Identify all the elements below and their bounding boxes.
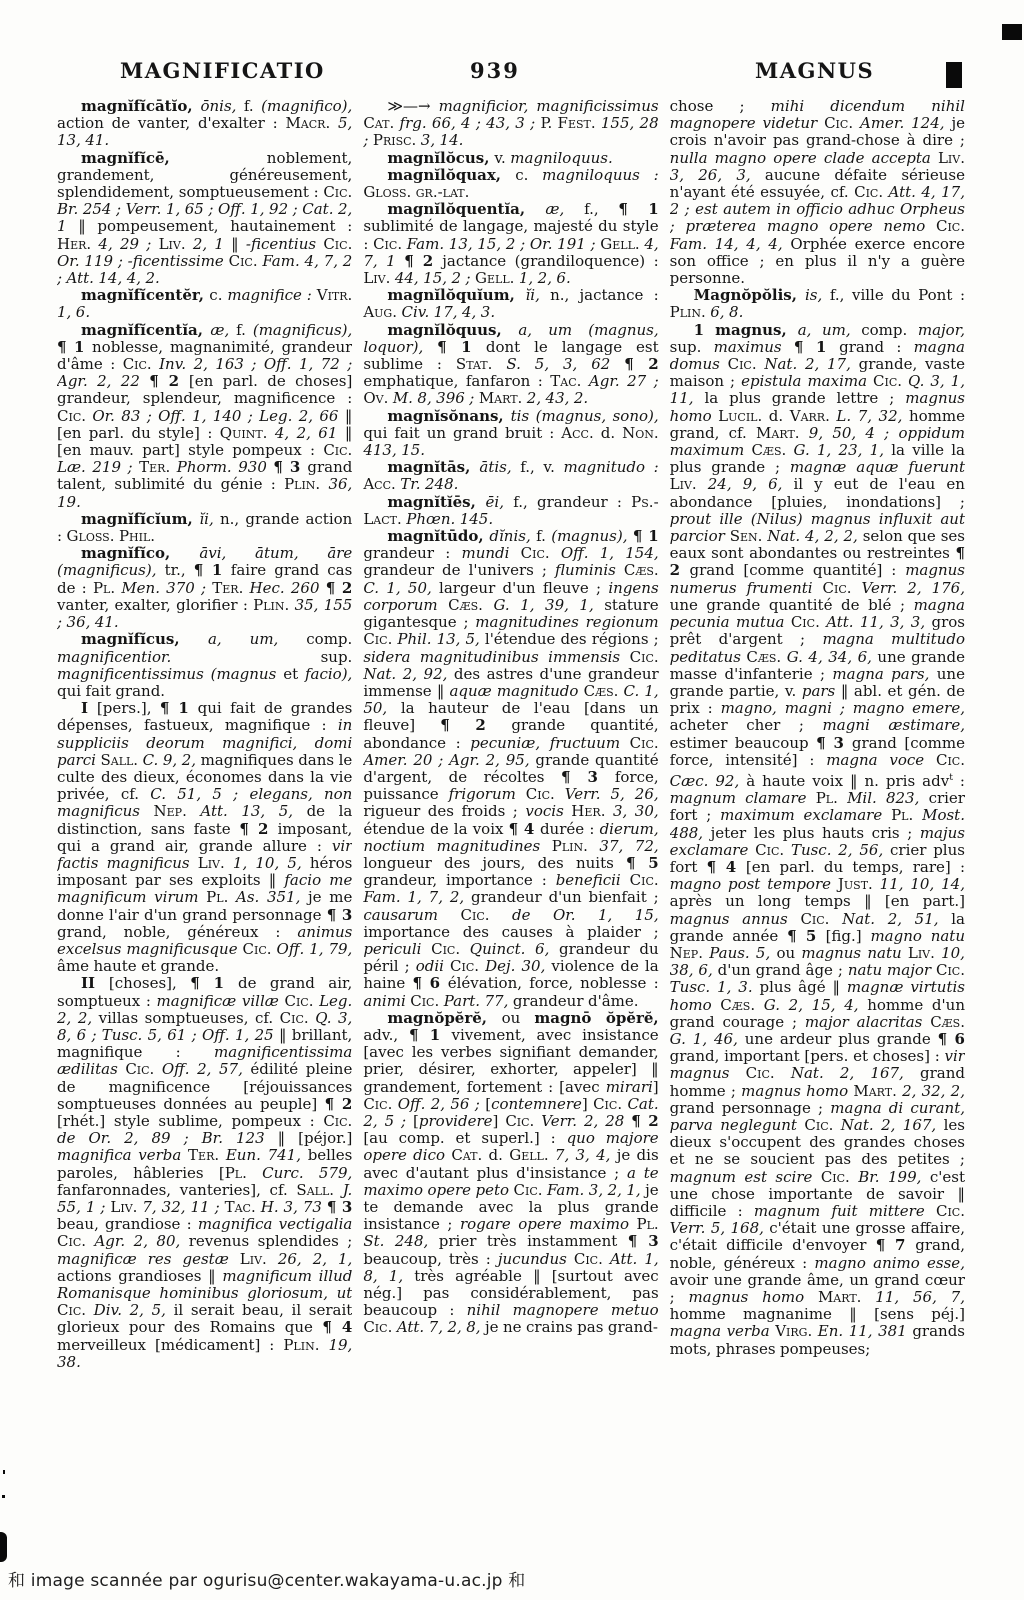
dictionary-column-1: magnĭfĭcātĭo, ōnis, f. (magnifico), acti…	[57, 98, 352, 1563]
text-segment: magnifica vectigalia	[198, 1215, 352, 1233]
text-segment: Cic.	[410, 992, 443, 1010]
text-segment: Tusc. 2, 56,	[791, 841, 890, 859]
text-segment: G. 1, 23, 1,	[794, 441, 892, 459]
text-segment: ¶ 2	[326, 579, 353, 597]
text-segment: Off. 2, 57,	[162, 1060, 251, 1078]
text-segment: importance des causes à plaider ;	[363, 923, 658, 941]
text-segment: ¶ 3	[561, 768, 615, 786]
text-segment: magnum fuit mittere	[754, 1202, 936, 1220]
text-segment: Cic.	[323, 1112, 352, 1130]
text-segment: Cæc. 92,	[670, 772, 747, 790]
text-segment: Cic.	[824, 114, 860, 132]
text-segment: ¶ 5	[626, 854, 659, 872]
text-segment: ¶ 1	[57, 338, 92, 356]
text-segment: Cic.	[243, 940, 277, 958]
text-segment: Tusc. 1, 3.	[670, 978, 760, 996]
dictionary-entry: magnĭfĭcus, a, um, comp. magnificentior.…	[57, 631, 352, 700]
text-segment: chose ;	[670, 98, 771, 115]
text-segment: Mart.	[853, 1082, 902, 1100]
text-segment: 44, 15, 2 ;	[395, 269, 475, 287]
text-segment: de Or. 1, 15,	[512, 906, 659, 924]
text-segment: je ne crains pas grand-	[485, 1318, 658, 1336]
text-segment: la plus grande lettre ;	[704, 389, 905, 407]
text-segment: ou	[776, 944, 801, 962]
text-segment: Gell.	[600, 235, 644, 253]
text-segment: emphatique, fanfaron :	[363, 372, 550, 390]
text-segment: Cic.	[526, 785, 565, 803]
text-segment: 413, 15.	[363, 441, 425, 459]
text-segment: Plin.	[283, 1336, 328, 1354]
text-segment: ¶ 2	[239, 820, 277, 838]
text-segment: fanfaronnades, vanteries], cf.	[57, 1181, 296, 1199]
text-segment: ¶ 3	[327, 1198, 352, 1216]
text-segment: 2, 1	[193, 235, 231, 253]
text-segment: Off. 1, 79,	[277, 940, 353, 958]
text-segment: Fest.	[558, 114, 601, 132]
text-segment: Verr. 5, 168,	[670, 1219, 770, 1237]
text-segment: Phœn. 145.	[406, 510, 493, 528]
text-segment: Amer. 20 ; Agr. 2, 95,	[363, 751, 535, 769]
text-segment: n., jactance :	[550, 286, 659, 304]
dictionary-entry: I [pers.], ¶ 1 qui fait de grandes dépen…	[57, 700, 352, 975]
text-segment: Cic.	[630, 648, 659, 666]
text-segment: à haute voix ‖ n. pris adv	[746, 772, 949, 790]
text-segment: magnĭfĭco,	[81, 544, 199, 562]
text-segment: f.	[244, 98, 261, 115]
text-segment: G. 1, 46,	[670, 1030, 745, 1048]
text-segment: 2, 43, 2.	[527, 389, 588, 407]
text-segment: Cic.	[514, 1181, 547, 1199]
text-segment: causarum	[363, 906, 460, 924]
text-segment: Nat. 2, 17,	[764, 355, 858, 373]
text-segment: Cic.	[800, 910, 842, 928]
dictionary-entry: magnĭfĭcātĭo, ōnis, f. (magnifico), acti…	[57, 98, 352, 150]
text-segment: Cic.	[450, 957, 485, 975]
text-segment: 11, 10, 14,	[880, 875, 965, 893]
text-segment: Nat. 2, 92,	[363, 665, 454, 683]
text-segment: Cic.	[323, 183, 352, 201]
text-segment: grand personnage ;	[670, 1099, 831, 1117]
text-segment: ¶ 2	[624, 355, 658, 373]
dictionary-entry: magnŏpĕrĕ, ou magnō ŏpĕrĕ, adv., ¶ 1 viv…	[363, 1010, 658, 1337]
text-segment: Cic.	[746, 1064, 791, 1082]
dictionary-entry: magnĭfĭcĭum, ĭi, n., grande action : Glo…	[57, 511, 352, 545]
text-segment: Cic.	[574, 1250, 610, 1268]
text-segment: Plin.	[284, 475, 328, 493]
text-segment: âme haute et grande.	[57, 957, 219, 975]
text-segment: Pl.	[225, 1164, 262, 1182]
text-segment: largeur d'un fleuve ;	[439, 579, 608, 597]
text-segment: ¶ 1	[794, 338, 839, 356]
text-segment: [choses],	[109, 974, 190, 992]
text-segment: ¶ 1	[194, 561, 231, 579]
text-segment: -ficentius	[246, 235, 323, 253]
text-segment: Off. 2, 56 ;	[398, 1095, 486, 1113]
text-segment: Cic.	[823, 579, 862, 597]
text-segment: beneficii	[556, 871, 630, 889]
scan-page: { "header": { "left": "MAGNIFICATIO", "c…	[0, 0, 1024, 1600]
text-segment: magno, magni ; magno emere,	[721, 699, 965, 717]
text-segment: homme magnanime ‖ [sens péj.]	[670, 1305, 965, 1323]
text-segment: Ov.	[363, 389, 392, 407]
text-segment: 1 magnus,	[694, 321, 798, 339]
text-segment: magnĭlŏquĭum,	[387, 286, 525, 304]
text-segment: Dej. 30,	[485, 957, 551, 975]
text-segment: sidera magnitudinibus immensis	[363, 648, 629, 666]
text-segment: Ter.	[188, 1146, 226, 1164]
text-segment: ¶ 1	[437, 338, 486, 356]
text-segment: Cic.	[936, 1202, 965, 1220]
text-segment: ]	[493, 1112, 506, 1130]
text-segment: après un long temps ‖ [en part.]	[670, 892, 965, 910]
text-segment: mundi	[461, 544, 520, 562]
text-segment: [rhét.] style sublime, pompeux :	[57, 1112, 323, 1130]
text-segment: magnĭlŏcus,	[387, 149, 494, 167]
text-segment: (magnus),	[551, 527, 633, 545]
text-segment: ¶ 5	[787, 927, 825, 945]
running-head-right-keyword: MAGNUS	[755, 58, 874, 83]
text-segment: magnĭlŏquax,	[387, 166, 515, 184]
text-segment: [au comp. et superl.] :	[363, 1129, 566, 1147]
text-segment: Læ. 219 ;	[57, 458, 139, 476]
text-segment: Tac.	[550, 372, 589, 390]
text-segment: magnus natu	[801, 944, 908, 962]
text-segment: f., ville du Pont :	[830, 286, 965, 304]
text-segment: 1, 6.	[57, 303, 90, 321]
text-segment: Lucil.	[718, 407, 769, 425]
text-segment: plus âgé ‖	[760, 978, 847, 996]
text-segment: magnificentior.	[57, 648, 321, 666]
text-segment: Her.	[57, 235, 98, 253]
text-segment: [en parl. du temps, rare] :	[746, 858, 965, 876]
text-segment: magna verba	[670, 1322, 776, 1340]
scan-artifact-blot	[946, 62, 962, 88]
text-segment: 1, 2, 6.	[519, 269, 571, 287]
text-segment: Eun. 741,	[226, 1146, 308, 1164]
text-segment: ≫—→	[387, 98, 438, 115]
text-segment: élévation, force, noblesse :	[448, 974, 659, 992]
text-segment: magnitudo :	[563, 458, 658, 476]
text-segment: Cæs.	[584, 682, 624, 700]
text-segment: 6, 8.	[710, 303, 743, 321]
text-segment: grandeur d'âme.	[513, 992, 639, 1010]
text-segment: Cic.	[125, 1060, 162, 1078]
text-segment: Paus. 5,	[709, 944, 776, 962]
text-segment: Mart.	[479, 389, 527, 407]
text-segment: [pers.],	[97, 699, 160, 717]
text-segment: grand :	[839, 338, 913, 356]
text-segment: ¶ 2	[440, 716, 511, 734]
text-segment: G. 1, 39, 1,	[493, 596, 604, 614]
text-segment: magniloquus :	[542, 166, 659, 184]
text-segment: L. 7, 32,	[836, 407, 909, 425]
text-segment: magnĭtūdo,	[387, 527, 489, 545]
text-segment: Div. 2, 5,	[94, 1301, 174, 1319]
text-segment: Phorm. 930	[177, 458, 274, 476]
dictionary-entry: Magnŏpŏlis, is, f., ville du Pont : Plin…	[670, 287, 965, 321]
text-segment: magnĭtĭēs,	[387, 493, 485, 511]
text-segment: Cic.	[593, 1095, 627, 1113]
text-segment: Liv.	[908, 944, 941, 962]
text-segment: Curc. 579,	[262, 1164, 352, 1182]
text-segment: Cic.	[229, 252, 263, 270]
text-segment: ou	[502, 1009, 535, 1027]
text-segment: 3, 30,	[613, 802, 659, 820]
running-head: MAGNIFICATIO 939 MAGNUS	[0, 58, 1024, 88]
text-segment: Virg.	[775, 1322, 818, 1340]
text-segment: Cic.	[936, 751, 965, 769]
text-segment: f.	[536, 527, 551, 545]
dictionary-entry: II [choses], ¶ 1 de grand air, somptueux…	[57, 975, 352, 1371]
text-segment: animi	[363, 992, 410, 1010]
text-segment: estimer beaucoup	[670, 734, 816, 752]
text-segment: 7, 32, 11 ;	[142, 1198, 224, 1216]
text-segment: c.	[209, 286, 227, 304]
text-segment: Cæs.	[751, 441, 793, 459]
text-segment: comp.	[861, 321, 918, 339]
text-segment: Sall.	[296, 1181, 342, 1199]
text-segment: Verr. 2, 176,	[862, 579, 965, 597]
text-segment: frg. 66, 4 ; 43, 3 ;	[400, 114, 541, 132]
text-segment: magnificæ villæ	[157, 992, 285, 1010]
text-segment: Cic.	[821, 1168, 858, 1186]
text-segment: Att. 13, 5,	[200, 802, 306, 820]
text-segment: ¶ 1	[633, 527, 659, 545]
text-segment: facio),	[305, 665, 352, 683]
dictionary-text-block: magnĭfĭcātĭo, ōnis, f. (magnifico), acti…	[57, 98, 965, 1563]
text-segment: 24, 9, 6,	[708, 475, 794, 493]
text-segment: qui fait grand.	[57, 682, 165, 700]
text-segment: major alacritas	[805, 1013, 930, 1031]
text-segment: Plin.	[253, 596, 294, 614]
text-segment: Nat. 2, 51,	[842, 910, 951, 928]
scan-artifact-speck	[3, 1470, 5, 1474]
text-segment: ¶ 1	[190, 974, 238, 992]
text-segment: magniloquus.	[510, 149, 612, 167]
text-segment: Cæs.	[624, 561, 659, 579]
text-segment: grand, important [pers. et choses] :	[670, 1047, 945, 1065]
text-segment: d.	[769, 407, 790, 425]
text-segment: Mil. 823,	[847, 789, 929, 807]
text-segment: Civ. 17, 4, 3.	[401, 303, 495, 321]
text-segment: Liv.	[198, 854, 233, 872]
text-segment: magnĭtās,	[387, 458, 479, 476]
text-segment: C. 9, 2,	[143, 751, 201, 769]
text-segment: is,	[805, 286, 830, 304]
text-segment: Cic.	[57, 1232, 94, 1250]
text-segment: Nat. 4, 2, 2,	[767, 527, 862, 545]
text-segment: Macr.	[285, 114, 338, 132]
text-segment: jeter les plus hauts cris ;	[711, 824, 920, 842]
text-segment: longueur des jours, des nuits	[363, 854, 626, 872]
text-segment: ¶ 3	[628, 1232, 659, 1250]
dictionary-entry: chose ; mihi dicendum nihil magnopere vi…	[670, 98, 965, 287]
text-segment: d.	[601, 424, 622, 442]
text-segment: Cic.	[873, 372, 908, 390]
text-segment: magnĭfĭcĭum,	[81, 510, 199, 528]
text-segment: Plin.	[552, 837, 600, 855]
text-segment: ¶ 2	[325, 1095, 353, 1113]
text-segment: Liv.	[363, 269, 395, 287]
text-segment: Fam. 14, 4, 4,	[670, 235, 791, 253]
text-segment: magnifice :	[227, 286, 316, 304]
text-segment: Magnŏpŏlis,	[694, 286, 805, 304]
text-segment: Cic.	[373, 235, 407, 253]
text-segment: sup.	[321, 648, 353, 666]
text-segment: ¶ 3	[273, 458, 307, 476]
text-segment: et	[283, 665, 305, 683]
text-segment: beau, grandiose :	[57, 1215, 198, 1233]
text-segment: ēi,	[486, 493, 514, 511]
text-segment: d.	[489, 1146, 510, 1164]
text-segment: magnĭlŏquentĭa,	[387, 200, 545, 218]
text-segment: Or. 119 ; -ficentissime	[57, 252, 229, 270]
text-segment: Verr. 2, 28	[541, 1112, 631, 1130]
text-segment: magnus homo	[741, 1082, 853, 1100]
text-segment: grand [comme quantité] :	[689, 561, 905, 579]
text-segment: æ,	[545, 200, 584, 218]
text-segment: 11, 56, 7,	[875, 1288, 965, 1306]
text-segment: St. 248,	[363, 1232, 438, 1250]
text-segment: 37, 72,	[599, 837, 658, 855]
text-segment: ¶ 4	[707, 858, 746, 876]
text-segment: grandeur d'un bienfait ;	[471, 888, 659, 906]
text-segment: Or. 83 ; Off. 1, 140 ; Leg. 2, 66	[92, 407, 344, 425]
text-segment: Quint.	[220, 424, 275, 442]
text-segment: ¶ 2	[404, 252, 442, 270]
text-segment: ¶ 2	[631, 1112, 658, 1130]
text-segment: magnō ŏpĕrĕ,	[534, 1009, 658, 1027]
text-segment: Sall.	[100, 751, 142, 769]
text-segment: G. 4, 34, 6,	[787, 648, 878, 666]
text-segment: jactance (grandiloquence) :	[442, 252, 658, 270]
text-segment: magnificæ res gestæ	[57, 1250, 240, 1268]
text-segment: Fam. 1, 7, 2,	[363, 888, 471, 906]
text-segment: æ,	[210, 321, 236, 339]
dictionary-entry: magnĭfĭco, āvi, ātum, āre (magnificus), …	[57, 545, 352, 631]
text-segment: Ter.	[139, 458, 177, 476]
dictionary-column-3: chose ; mihi dicendum nihil magnopere vi…	[670, 98, 965, 1563]
text-segment: v.	[494, 149, 510, 167]
dictionary-entry: magnĭfĭcentĕr, c. magnifice : Vitr. 1, 6…	[57, 287, 352, 321]
text-segment: Amer. 124,	[860, 114, 951, 132]
text-segment: magnĭfĭcentĕr,	[81, 286, 209, 304]
text-segment: actions grandioses ‖	[57, 1267, 222, 1285]
text-segment: magnificentissimus (magnus	[57, 665, 283, 683]
text-segment: qui fait un grand bruit :	[363, 424, 561, 442]
text-segment: Mart.	[818, 1288, 875, 1306]
text-segment: 3, 26, 3,	[670, 166, 765, 184]
text-segment: Cat.	[451, 1146, 488, 1164]
text-segment: Hec. 260	[250, 579, 326, 597]
text-segment: Agr. 2, 80,	[94, 1232, 188, 1250]
text-segment: odii	[416, 957, 450, 975]
text-segment: 3, 14.	[421, 131, 464, 149]
text-segment: magnus homo	[689, 1288, 818, 1306]
text-segment: ĭi,	[199, 510, 220, 528]
text-segment: magnitudines regionum	[475, 613, 658, 631]
text-segment: Cæs.	[720, 996, 763, 1014]
text-segment: ¶ 6	[938, 1030, 965, 1048]
text-segment: M. 8, 396 ;	[393, 389, 479, 407]
text-segment: Prisc.	[373, 131, 421, 149]
text-segment: rigueur des froids ;	[363, 802, 525, 820]
text-segment: magna voce	[826, 751, 936, 769]
text-segment: f.	[236, 321, 253, 339]
text-segment: :	[953, 772, 965, 790]
text-segment: Sen.	[730, 527, 768, 545]
text-segment: Mart.	[756, 424, 809, 442]
text-segment: Gell.	[509, 1146, 555, 1164]
text-segment: Liv.	[110, 1198, 142, 1216]
text-segment: Pl.	[636, 1215, 658, 1233]
text-segment: ]	[653, 1078, 659, 1096]
text-segment: Cic.	[323, 441, 352, 459]
text-segment: sup.	[670, 338, 714, 356]
text-segment: Pl.	[891, 806, 922, 824]
text-segment: magnĭfĭcātĭo,	[81, 98, 200, 115]
text-segment: Cic.	[323, 235, 352, 253]
text-segment: nihil magnopere metuo	[467, 1301, 659, 1319]
dictionary-column-2: ≫—→ magnificior, magnificissimus Cat. fr…	[363, 98, 658, 1563]
text-segment: magnĭfĭcentĭa,	[81, 321, 210, 339]
text-segment: 26, 2, 1,	[278, 1250, 353, 1268]
text-segment: ‖ pompeusement, hautainement :	[78, 217, 352, 235]
text-segment: magnifica verba	[57, 1146, 188, 1164]
text-segment: Cic.	[123, 355, 159, 373]
text-segment: acheter cher ;	[670, 716, 823, 734]
text-segment: maximum exclamare	[720, 806, 891, 824]
text-segment: major,	[918, 321, 965, 339]
dictionary-entry: magnĭlŏquĭum, ĭi, n., jactance : Aug. Ci…	[363, 287, 658, 321]
text-segment: magnus annus	[670, 910, 801, 928]
text-segment: de Or. 2, 89 ; Br. 123	[57, 1129, 278, 1147]
dictionary-entry: magnĭfĭcentĭa, æ, f. (magnificus), ¶ 1 n…	[57, 322, 352, 511]
text-segment: durée :	[540, 820, 600, 838]
text-segment: periculi	[363, 940, 431, 958]
text-segment: Part. 77,	[444, 992, 513, 1010]
text-segment: 7, 3, 4,	[555, 1146, 617, 1164]
text-segment: Cic.	[521, 544, 561, 562]
text-segment: villas somptueuses, cf.	[99, 1009, 280, 1027]
text-segment: ]	[582, 1095, 593, 1113]
page-number: 939	[470, 58, 520, 83]
text-segment: l'étendue des régions ;	[485, 630, 659, 648]
text-segment: dĭnis,	[489, 527, 536, 545]
text-segment: c.	[515, 166, 542, 184]
text-segment: magnĭlŏquus,	[387, 321, 518, 339]
text-segment: Nat. 2, 167,	[841, 1116, 944, 1134]
text-segment: As. 351,	[236, 888, 308, 906]
text-segment: merveilleux [médicament] :	[57, 1336, 283, 1354]
text-segment: magno natu	[870, 927, 965, 945]
text-segment: grand, noble, généreux :	[57, 923, 297, 941]
text-segment: Verr. 5, 26,	[565, 785, 659, 803]
text-segment: I	[81, 699, 97, 717]
text-segment: magni æstimare,	[823, 716, 965, 734]
text-segment: Cic.	[936, 217, 965, 235]
text-segment: ātis,	[479, 458, 520, 476]
dictionary-entry: magnĭtās, ātis, f., v. magnitudo : Acc. …	[363, 459, 658, 493]
text-segment: grandeur de l'univers ;	[363, 561, 555, 579]
text-segment: ¶ 4	[322, 1318, 352, 1336]
text-segment: Liv.	[670, 475, 708, 493]
text-segment: Cic.	[936, 961, 965, 979]
text-segment: Phil. 13, 5,	[397, 630, 484, 648]
text-segment: Cic.	[363, 630, 397, 648]
text-segment: maximus	[714, 338, 794, 356]
text-segment: Quinct. 6,	[470, 940, 559, 958]
